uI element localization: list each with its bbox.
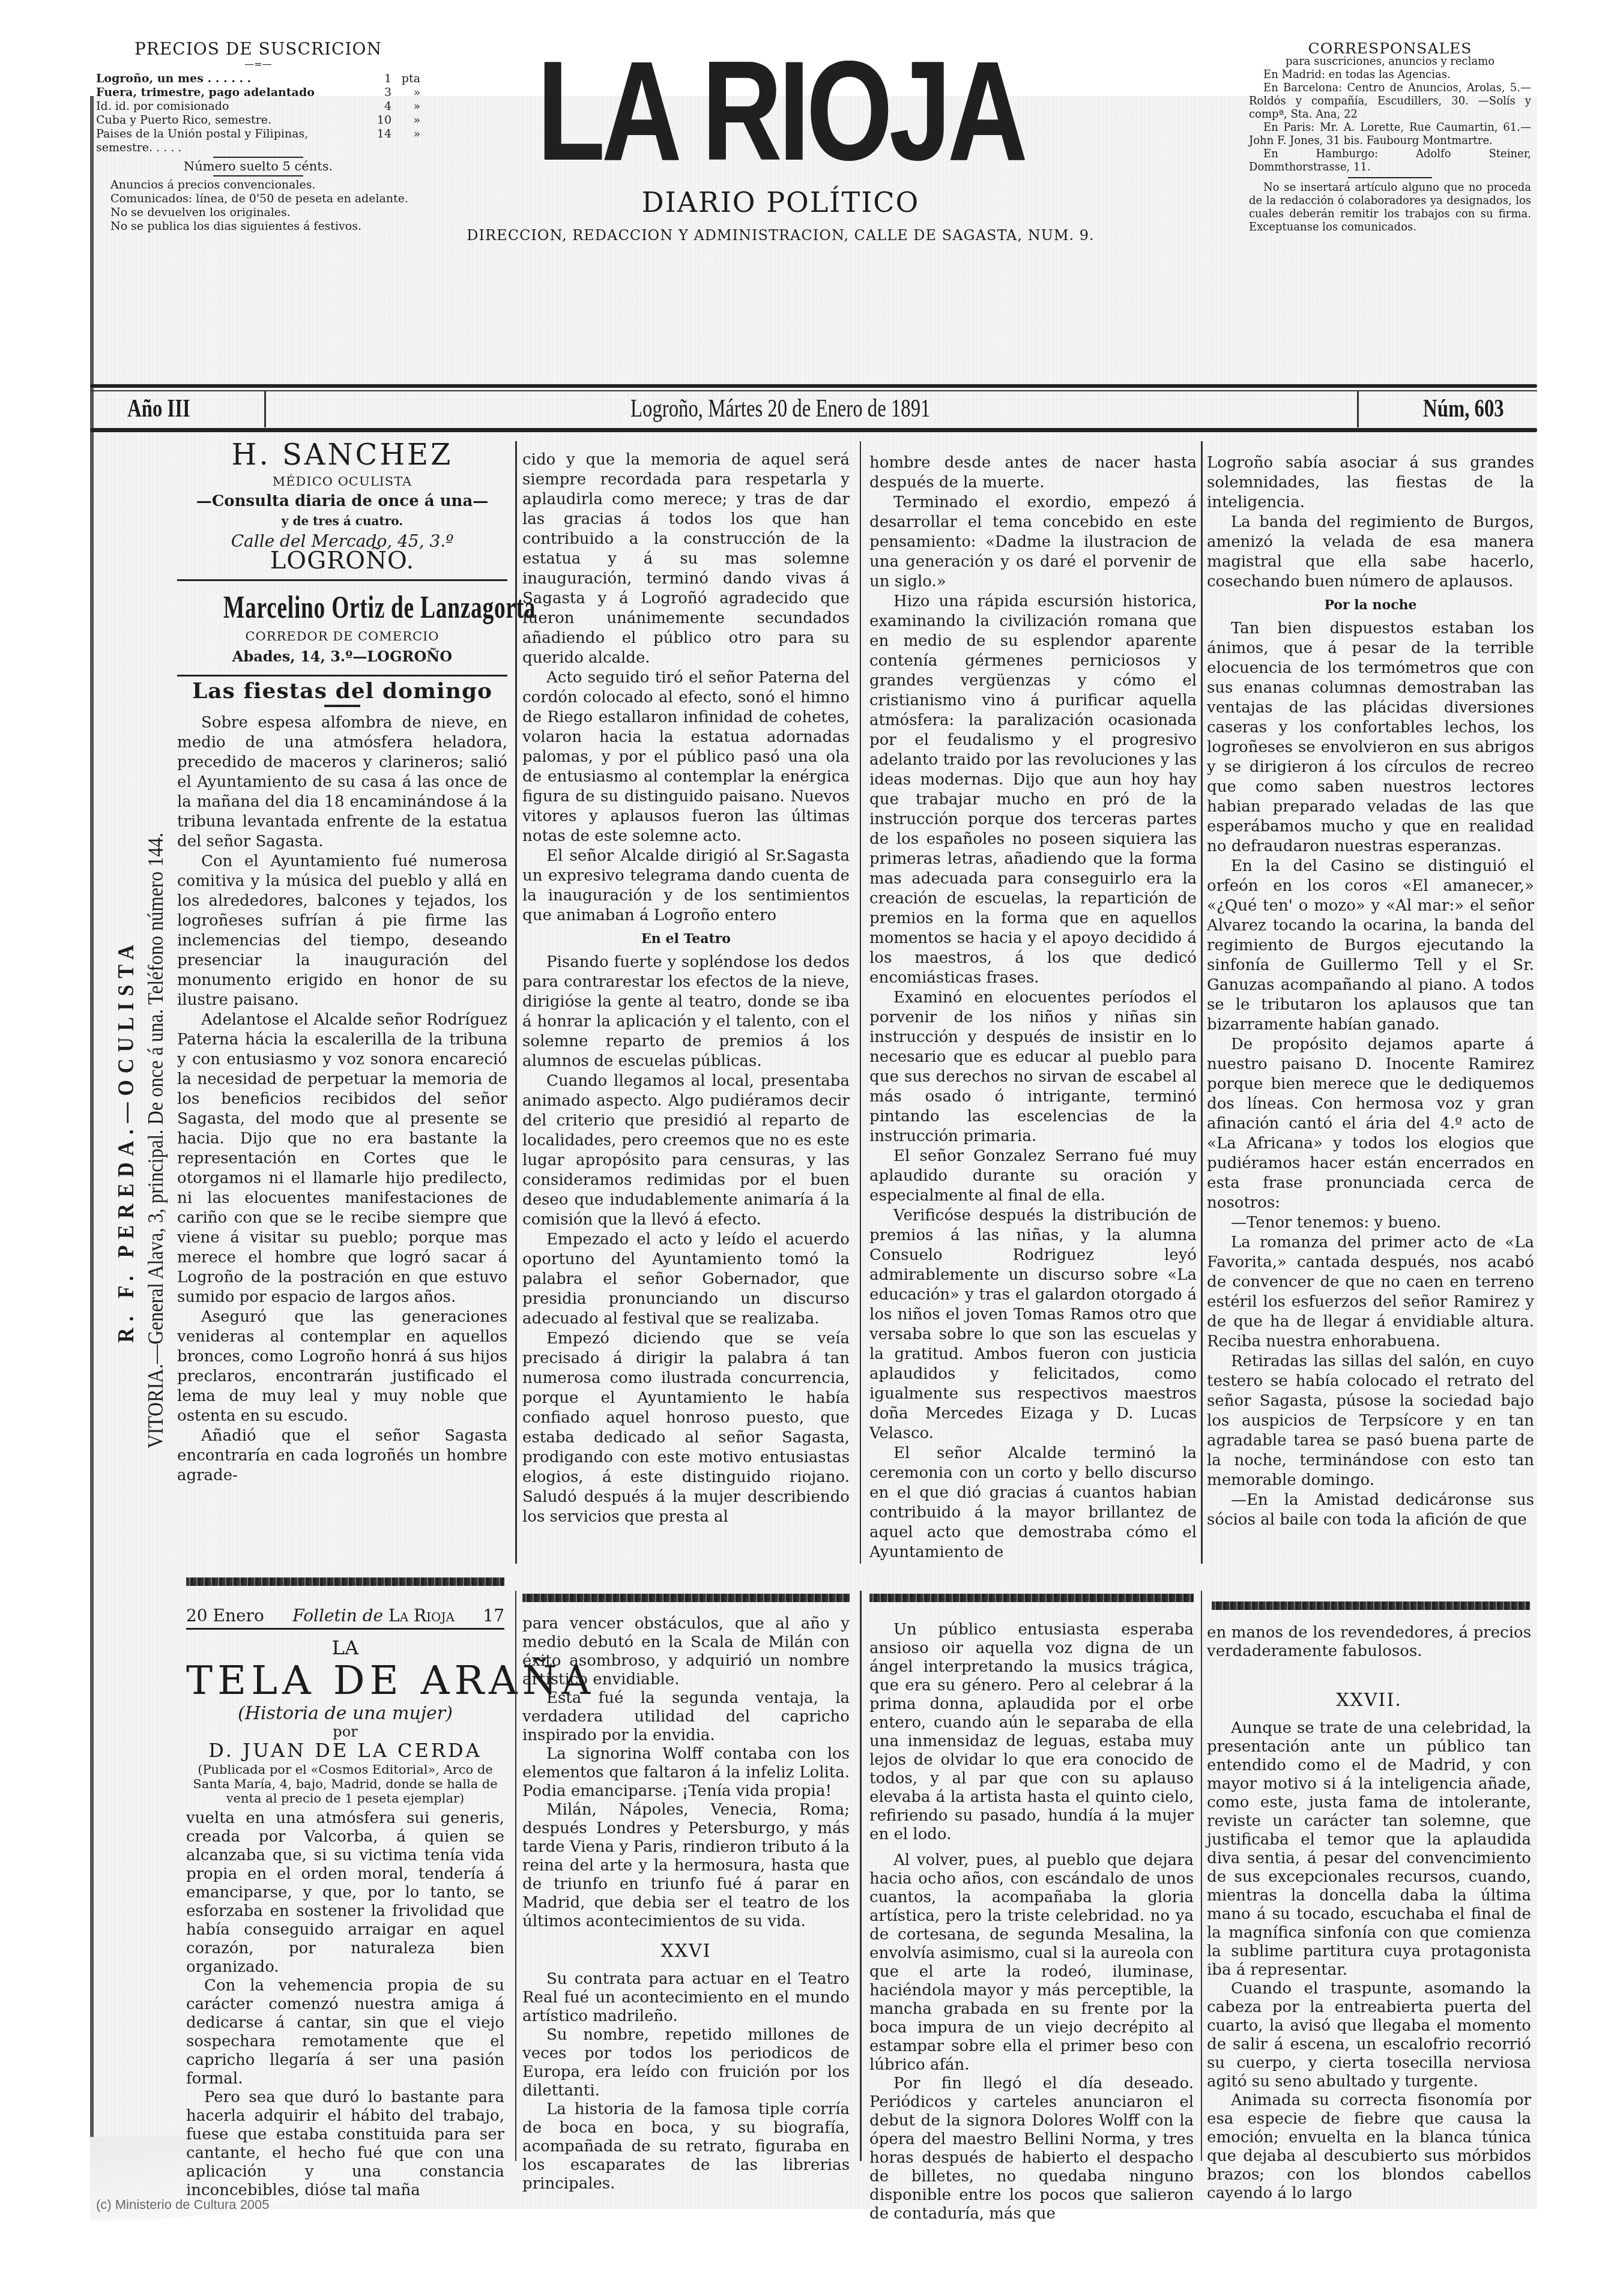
paragraph: Su contrata para actuar en el Teatro Rea… bbox=[522, 1970, 850, 2026]
paragraph: De propósito dejamos aparte á nuestro pa… bbox=[1207, 1035, 1534, 1213]
paragraph: hombre desde antes de nacer hasta despué… bbox=[869, 453, 1197, 493]
paragraph: Retiradas las sillas del salón, en cuyo … bbox=[1207, 1352, 1534, 1490]
paragraph: El señor Gonzalez Serrano fué muy aplaud… bbox=[869, 1146, 1197, 1206]
ad-title: CORREDOR DE COMERCIO bbox=[177, 627, 507, 646]
column-rule bbox=[860, 1591, 862, 2161]
paragraph: Al volver, pues, al pueblo que dejara ha… bbox=[869, 1851, 1194, 2075]
ad-title: MÉDICO OCULISTA bbox=[177, 472, 507, 492]
divider bbox=[324, 705, 360, 707]
folletin-page: 17 bbox=[483, 1606, 504, 1626]
column-3: hombre desde antes de nacer hasta despué… bbox=[869, 453, 1197, 1562]
correspondents-subheading: para suscriciones, anuncios y reclamo bbox=[1249, 55, 1531, 68]
date-bar: Año III Logroño, Mártes 20 de Enero de 1… bbox=[90, 384, 1537, 432]
masthead: PRECIOS DE SUSCRICION —=— Logroño, un me… bbox=[78, 42, 1459, 276]
column-1: H. SANCHEZ MÉDICO OCULISTA —Consulta dia… bbox=[177, 438, 507, 1486]
correspondent-entry: En Barcelona: Centro de Anuncios, Arolas… bbox=[1249, 82, 1531, 121]
ad-name: H. SANCHEZ bbox=[177, 438, 507, 472]
newspaper-address: DIRECCION, REDACCION Y ADMINISTRACION, C… bbox=[414, 227, 1147, 244]
note: No se publica los dias siguientes á fest… bbox=[96, 220, 420, 234]
paragraph: Empezado el acto y leído el acuerdo opor… bbox=[522, 1230, 850, 1329]
column-rule bbox=[860, 441, 861, 1564]
paragraph: Cuando el traspunte, asomando la cabeza … bbox=[1207, 1980, 1531, 2091]
paragraph: La romanza del primer acto de «La Favori… bbox=[1207, 1233, 1534, 1352]
copyright-notice: (c) Ministerio de Cultura 2005 bbox=[96, 2197, 270, 2213]
correspondent-entry: En Hamburgo: Adolfo Steiner, Dommthorstr… bbox=[1249, 148, 1531, 174]
ad-details: VITORIA.—General Alava, 3, principal. De… bbox=[143, 768, 168, 1513]
ad-hours: —Consulta diaria de once á una— bbox=[177, 492, 507, 511]
price-row: Logroño, un mes . . . . . .1pta bbox=[96, 72, 420, 86]
price-row: Fuera, trimestre, pago adelantado3» bbox=[96, 86, 420, 100]
column-rule bbox=[1201, 1591, 1202, 2161]
divider bbox=[177, 579, 507, 581]
folletin-column-4: en manos de los revendedores, á precios … bbox=[1207, 1624, 1531, 2203]
novel-title-la: LA bbox=[186, 1639, 504, 1657]
section-subhead-noche: Por la noche bbox=[1207, 595, 1534, 615]
editorial-notice: No se insertará artículo alguno que no p… bbox=[1249, 181, 1531, 234]
correspondent-entry: En Madrid: en todas las Agencias. bbox=[1249, 68, 1531, 82]
subscription-heading: PRECIOS DE SUSCRICION bbox=[96, 42, 420, 56]
section-subhead-teatro: En el Teatro bbox=[522, 929, 850, 949]
folletin-band bbox=[522, 1594, 850, 1602]
paragraph: Verificóse después la distribución de pr… bbox=[869, 1206, 1197, 1444]
paragraph: Por fin llegó el día deseado. Periódicos… bbox=[869, 2075, 1194, 2223]
price-row: Cuba y Puerto Rico, semestre.10» bbox=[96, 113, 420, 127]
novel-subtitle: (Historia de una mujer) bbox=[186, 1704, 504, 1723]
article-headline: Las fiestas del domingo bbox=[177, 681, 507, 701]
folletin-header: 20 Enero Folletin de La Rioja 17 bbox=[186, 1606, 504, 1630]
year-label: Año III bbox=[127, 393, 221, 425]
paragraph: El señor Alcalde dirigió al Sr.Sagasta u… bbox=[522, 846, 850, 926]
folletin-band bbox=[869, 1594, 1194, 1602]
novel-title: TELA DE ARAÑA bbox=[186, 1657, 504, 1704]
paragraph: La historia de la famosa tiple corría de… bbox=[522, 2100, 850, 2193]
folletin-label: Folletin de La Rioja bbox=[292, 1606, 455, 1626]
paragraph: Pisando fuerte y sopléndose los dedos pa… bbox=[522, 953, 850, 1071]
paragraph: La banda del regimiento de Burgos, ameni… bbox=[1207, 513, 1534, 592]
paragraph: Su nombre, repetido millones de veces po… bbox=[522, 2026, 850, 2100]
paragraph: Sobre espesa alfombra de nieve, en medio… bbox=[177, 713, 507, 852]
rule bbox=[90, 390, 1537, 391]
paragraph: Un público entusiasta esperaba ansioso o… bbox=[869, 1621, 1194, 1844]
price-row: Id. id. por comisionado4» bbox=[96, 100, 420, 113]
column-2: cido y que la memoria de aquel será siem… bbox=[522, 450, 850, 1527]
folletin-band bbox=[1212, 1601, 1530, 1610]
paragraph: Pero sea que duró lo bastante para hacer… bbox=[186, 2088, 504, 2200]
paragraph: Examinó en elocuentes períodos el porven… bbox=[869, 988, 1197, 1146]
paragraph: La signorina Wolff contaba con los eleme… bbox=[522, 1745, 850, 1801]
rule bbox=[90, 428, 1537, 432]
paragraph: En la del Casino se distinguió el orfeón… bbox=[1207, 857, 1534, 1035]
novel-author: D. JUAN DE LA CERDA bbox=[186, 1741, 504, 1760]
rule bbox=[90, 384, 1537, 388]
note: No se devuelven los originales. bbox=[96, 206, 420, 220]
paragraph: Aunque se trate de una celebridad, la pr… bbox=[1207, 1719, 1531, 1980]
ad-city: LOGROÑO. bbox=[177, 551, 507, 571]
paragraph: Animada su correcta fisonomía por esa es… bbox=[1207, 2091, 1531, 2203]
paragraph: El señor Alcalde terminó la ceremonia co… bbox=[869, 1444, 1197, 1562]
ad-hours-2: y de tres á cuatro. bbox=[177, 511, 507, 531]
ad-sanchez: H. SANCHEZ MÉDICO OCULISTA —Consulta dia… bbox=[177, 438, 507, 571]
correspondents-heading: CORRESPONSALES bbox=[1249, 42, 1531, 55]
paragraph: Aseguró que las generaciones venideras a… bbox=[177, 1307, 507, 1426]
single-issue-price: Número suelto 5 cénts. bbox=[96, 160, 420, 173]
paragraph: Esta fué la segunda ventaja, la verdader… bbox=[522, 1689, 850, 1745]
chapter-heading: XXVI bbox=[522, 1942, 850, 1960]
vertical-rule bbox=[1357, 391, 1359, 427]
chapter-heading: XXVII. bbox=[1207, 1691, 1531, 1710]
vertical-rule bbox=[264, 391, 266, 427]
paragraph: Terminado el exordio, empezó á desarroll… bbox=[869, 493, 1197, 592]
paragraph: Añadió que el señor Sagasta encontraría … bbox=[177, 1426, 507, 1486]
ad-name: Marcelino Ortiz de Lanzagorta bbox=[223, 589, 461, 627]
correspondent-entry: En Paris: Mr. A. Lorette, Rue Caumartin,… bbox=[1249, 121, 1531, 148]
paragraph: Tan bien dispuestos estaban los ánimos, … bbox=[1207, 619, 1534, 857]
paragraph: Acto seguido tiró el señor Paterna del c… bbox=[522, 668, 850, 846]
paragraph: para vencer obstáculos, que al año y med… bbox=[522, 1615, 850, 1689]
newspaper-title: LA RIOJA bbox=[495, 42, 1066, 180]
folletin-paper: La Rioja bbox=[388, 1606, 455, 1626]
ornament: —=— bbox=[96, 57, 420, 71]
divider bbox=[1348, 177, 1432, 178]
note: Comunicados: línea, de 0'50 de peseta en… bbox=[96, 192, 420, 206]
paragraph: Milán, Nápoles, Venecia, Roma; después L… bbox=[522, 1801, 850, 1931]
paragraph: cido y que la memoria de aquel será siem… bbox=[522, 450, 850, 668]
paragraph: Cuando llegamos al local, presentaba ani… bbox=[522, 1071, 850, 1230]
paragraph: Logroño sabía asociar á sus grandes sole… bbox=[1207, 453, 1534, 513]
ad-address: Abades, 14, 3.º—LOGROÑO bbox=[177, 646, 507, 666]
paragraph: Hizo una rápida escursión historica, exa… bbox=[869, 592, 1197, 988]
paragraph: Empezó diciendo que se veía precisado á … bbox=[522, 1329, 850, 1527]
column-4: Logroño sabía asociar á sus grandes sole… bbox=[1207, 453, 1534, 1530]
paragraph: en manos de los revendedores, á precios … bbox=[1207, 1624, 1531, 1661]
novel-publisher: (Publicada por el «Cosmos Editorial», Ar… bbox=[186, 1762, 504, 1806]
paragraph: —En la Amistad dedicáronse sus sócios al… bbox=[1207, 1490, 1534, 1530]
ad-ortiz: Marcelino Ortiz de Lanzagorta CORREDOR D… bbox=[177, 589, 507, 666]
paragraph: Con el Ayuntamiento fué numerosa comitiv… bbox=[177, 852, 507, 1010]
divider bbox=[213, 157, 303, 158]
folletin-band bbox=[186, 1577, 504, 1586]
divider bbox=[213, 175, 303, 176]
vertical-ad-pereda: R. F. PEREDA.—OCULISTA VITORIA.—General … bbox=[113, 726, 179, 1555]
folletin-date: 20 Enero bbox=[186, 1606, 264, 1626]
newspaper-subtitle: DIARIO POLÍTICO bbox=[414, 186, 1147, 218]
folletin-column-1: LA TELA DE ARAÑA (Historia de una mujer)… bbox=[186, 1639, 504, 2200]
paragraph: Con la vehemencia propia de su carácter … bbox=[186, 1977, 504, 2088]
correspondents: CORRESPONSALES para suscriciones, anunci… bbox=[1249, 42, 1531, 234]
issue-date: Logroño, Mártes 20 de Enero de 1891 bbox=[630, 393, 1099, 425]
paragraph: Adelantose el Alcalde señor Rodríguez Pa… bbox=[177, 1010, 507, 1307]
paragraph: —Tenor tenemos: y bueno. bbox=[1207, 1213, 1534, 1233]
title-block: LA RIOJA DIARIO POLÍTICO DIRECCION, REDA… bbox=[414, 42, 1147, 244]
note: Anuncios á precios convencionales. bbox=[96, 178, 420, 192]
price-row: Paises de la Unión postal y Filipinas, s… bbox=[96, 127, 420, 155]
column-rule bbox=[1201, 441, 1203, 1564]
folletin-column-3: Un público entusiasta esperaba ansioso o… bbox=[869, 1621, 1194, 2223]
ad-headline: R. F. PEREDA.—OCULISTA bbox=[113, 768, 139, 1513]
issue-number: Núm, 603 bbox=[1423, 393, 1526, 425]
paragraph: vuelta en una atmósfera sui generis, cre… bbox=[186, 1809, 504, 1977]
subscription-prices: PRECIOS DE SUSCRICION —=— Logroño, un me… bbox=[96, 42, 420, 234]
folletin-column-2: para vencer obstáculos, que al año y med… bbox=[522, 1615, 850, 2193]
divider bbox=[177, 675, 507, 676]
